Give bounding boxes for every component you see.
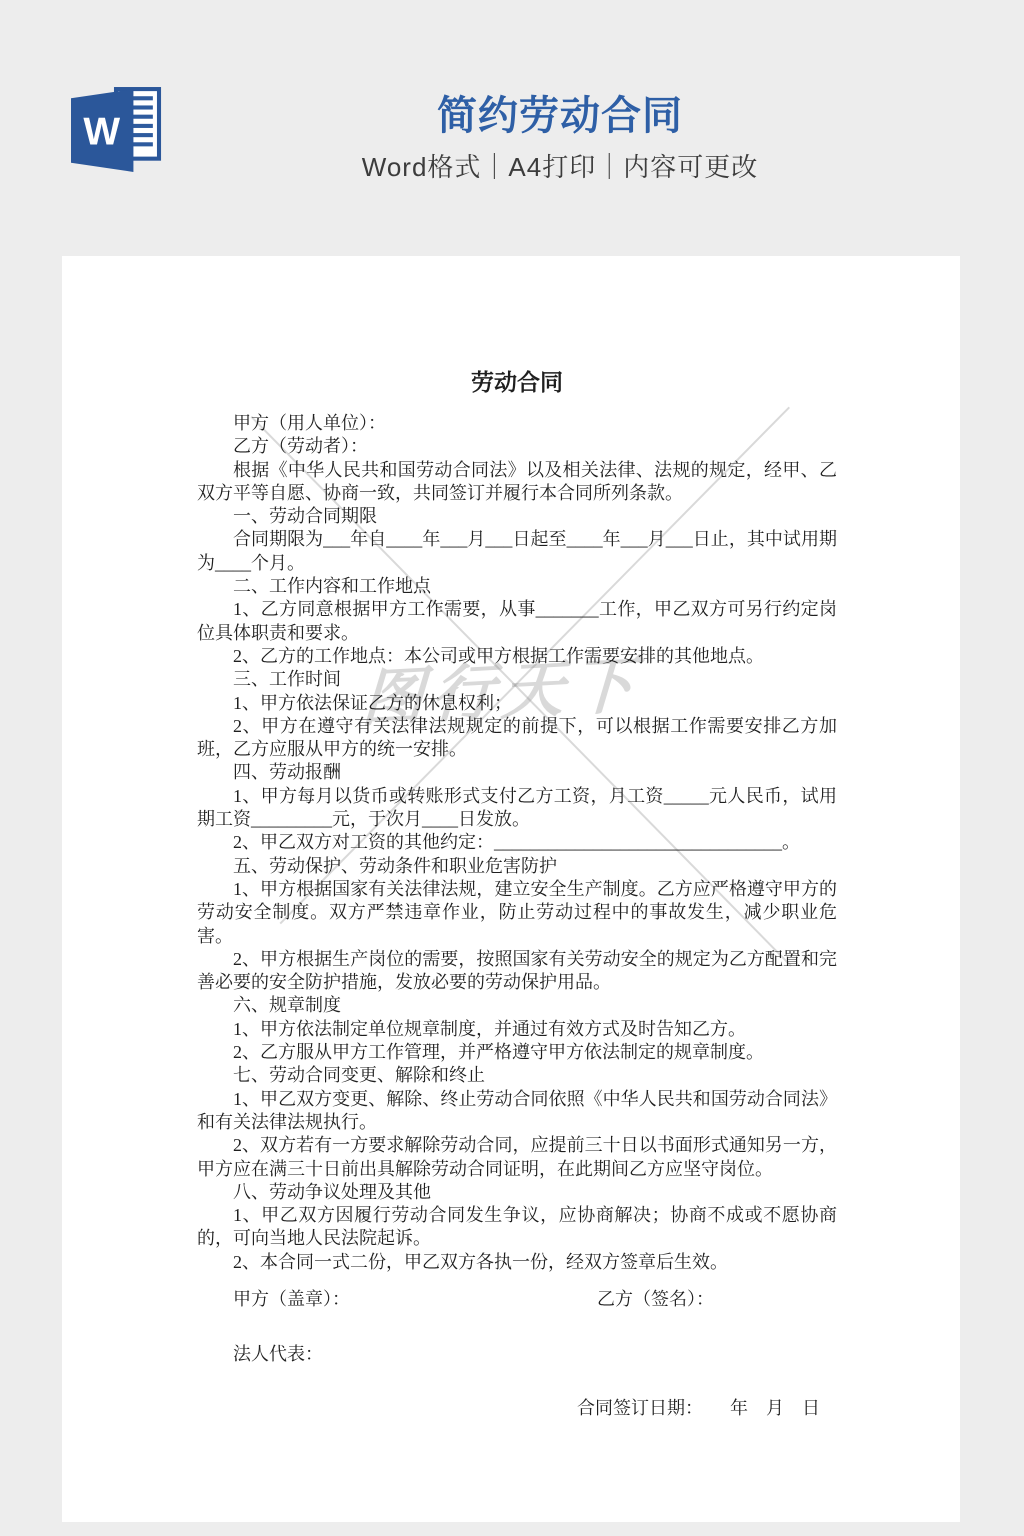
contract-paragraph: 四、劳动报酬 (197, 761, 837, 784)
contract-paragraph: 甲方（用人单位）： (197, 412, 837, 435)
contract-paragraph: 1、甲方根据国家有关法律法规，建立安全生产制度。乙方应严格遵守甲方的劳动安全制度… (197, 878, 837, 948)
contract-paragraph: 一、劳动合同期限 (197, 505, 837, 528)
contract-paragraph: 2、甲乙双方对工资的其他约定：_________________________… (197, 831, 837, 854)
contract-paragraph: 1、甲乙双方变更、解除、终止劳动合同依照《中华人民共和国劳动合同法》和有关法律法… (197, 1088, 837, 1135)
contract-title: 劳动合同 (197, 370, 837, 395)
contract-paragraph: 六、规章制度 (197, 994, 837, 1017)
contract-paragraph: 1、甲方依法制定单位规章制度，并通过有效方式及时告知乙方。 (197, 1018, 837, 1041)
contract-paragraph: 五、劳动保护、劳动条件和职业危害防护 (197, 855, 837, 878)
contract-paragraph: 2、双方若有一方要求解除劳动合同，应提前三十日以书面形式通知另一方，甲方应在满三… (197, 1134, 837, 1181)
header-titles: 简约劳动合同 Word格式｜A4打印｜内容可更改 (0, 0, 1024, 183)
contract-sign-date-line: 合同签订日期： 年 月 日 (197, 1397, 837, 1420)
contract-paragraph: 1、甲方依法保证乙方的休息权利； (197, 692, 837, 715)
legal-representative-label: 法人代表： (197, 1343, 837, 1366)
page-header: W 简约劳动合同 Word格式｜A4打印｜内容可更改 (0, 0, 1024, 256)
signature-row: 甲方（盖章）： 乙方（签名）： (197, 1288, 837, 1311)
template-title: 简约劳动合同 (96, 92, 1024, 140)
contract-paragraph: 七、劳动合同变更、解除和终止 (197, 1064, 837, 1087)
contract-paragraph: 1、甲方每月以货币或转账形式支付乙方工资，月工资_____元人民币，试用期工资_… (197, 785, 837, 832)
party-b-sign-label: 乙方（签名）： (597, 1288, 714, 1311)
contract-paragraph: 三、工作时间 (197, 668, 837, 691)
contract-paragraph: 2、本合同一式二份，甲乙双方各执一份，经双方签章后生效。 (197, 1251, 837, 1274)
template-subtitle: Word格式｜A4打印｜内容可更改 (96, 152, 1024, 183)
contract-paragraph: 2、乙方服从甲方工作管理，并严格遵守甲方依法制定的规章制度。 (197, 1041, 837, 1064)
contract-paragraph: 二、工作内容和工作地点 (197, 575, 837, 598)
contract-paragraph: 2、乙方的工作地点：本公司或甲方根据工作需要安排的其他地点。 (197, 645, 837, 668)
contract-paragraph: 八、劳动争议处理及其他 (197, 1181, 837, 1204)
contract-paragraph: 乙方（劳动者）： (197, 435, 837, 458)
template-preview-page: { "header": { "title": "简约劳动合同", "subtit… (0, 0, 1024, 1536)
contract-paragraph: 1、乙方同意根据甲方工作需要，从事_______工作，甲乙双方可另行约定岗位具体… (197, 598, 837, 645)
contract-paragraph: 1、甲乙双方因履行劳动合同发生争议，应协商解决；协商不成或不愿协商的，可向当地人… (197, 1204, 837, 1251)
contract-paragraph: 合同期限为___年自____年___月___日起至____年___月___日止，… (197, 528, 837, 575)
contract-paragraph: 2、甲方在遵守有关法律法规规定的前提下，可以根据工作需要安排乙方加班，乙方应服从… (197, 715, 837, 762)
contract-paragraph: 2、甲方根据生产岗位的需要，按照国家有关劳动安全的规定为乙方配置和完善必要的安全… (197, 948, 837, 995)
document-page: 图行天下 劳动合同 甲方（用人单位）：乙方（劳动者）：根据《中华人民共和国劳动合… (62, 256, 960, 1522)
contract-paragraph: 根据《中华人民共和国劳动合同法》以及相关法律、法规的规定，经甲、乙双方平等自愿、… (197, 459, 837, 506)
contract-body: 甲方（用人单位）：乙方（劳动者）：根据《中华人民共和国劳动合同法》以及相关法律、… (197, 412, 837, 1274)
party-a-seal-label: 甲方（盖章）： (233, 1289, 350, 1309)
